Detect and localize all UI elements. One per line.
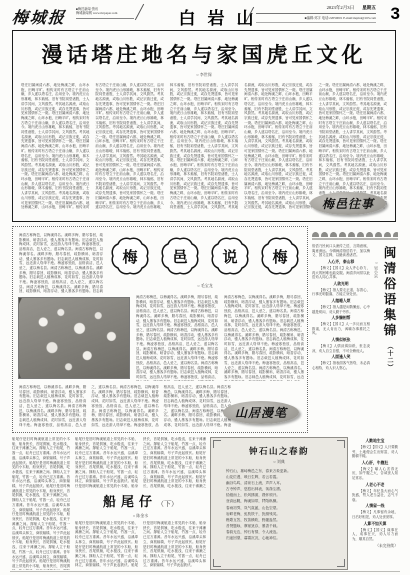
suyu-entry: 人情留一线 【梅义】凡事留有余地，日后好相见，劝人处世宽厚。 [352,504,398,519]
entry-definition: 【梅义】喻人心贪得无厌，如牛腹之大，告诫世人知足常乐。 [352,467,398,481]
contact-line: ■编辑/邓宇 电话:22050001 E-mail:mqmd@163.com [256,15,376,23]
suyu-section-upper: ○ 吴小宗 闽清俗语集锦（十二） 俗语乃民间口头流传之语，言简意赅，寓意深远。今… [312,232,398,433]
feature-box: 闽清古称梅邑，以梅溪得名。溪畔多梅，腊尽春回，疏影横斜，暗香浮动，骚人墨客多有题… [12,226,308,433]
suyu-byline: ○ 吴小宗 [373,260,379,396]
article-body: 塔庄旧属闽清六都，地处梅溪之畔，山环水抱，田畴平旷。相传宋时有古塔立于庄前山巅，… [21,83,387,211]
entry-heading: 人算不如天算 [352,522,398,527]
feature-byline: ○ 毛宝龙 [107,283,303,289]
poem-title: 钟石山之春韵 [220,445,338,457]
entry-heading: 人情留一线 [352,504,398,509]
entry-heading: 人老心不老 [352,483,398,488]
article-body-text: 塔庄旧属闽清六都，地处梅溪之畔，山环水抱，田畴平旷。相传宋时有古塔立于庄前山巅，… [21,83,387,209]
entry-definition: 【梅义】【国义】谋事在人，成事在天，劝人尽力而为，顺其自然。 [352,528,398,542]
plum-blossom-photo [18,297,130,379]
suyu-entry: 人心肝，牛腹肚 【梅义】喻人心贪得无厌，如牛腹之大，告诫世人知足常乐。 [352,461,398,481]
weekday: 星期五 [362,5,376,10]
poem-line: 归途回望，暮霭沉沉，心驰神往。 [220,535,338,541]
date-line: 2023年2月3日星期五 [256,5,376,14]
top-article-box: 漫话塔庄地名与家国虎丘文化 ○ 李世保 塔庄旧属闽清六都，地处梅溪之畔，山环水抱… [12,30,396,222]
page-number: 3 [391,4,400,24]
feature-column: 闽清古称梅邑，以梅溪得名。溪畔多梅，腊尽春回，疏影横斜，暗香浮动，骚人墨客多有题… [19,233,103,293]
boat-top-columns: 船尾仔是旧时梅溪航道上常见的小木船，船身狭长，首尾俱翘，吃水极浅，往来于滩濑之间… [75,437,206,489]
flower-frame-icon: 说 [208,234,252,278]
suyu-footer: （未完待续） [352,544,398,549]
boat-article: 船尾仔是旧时梅溪航道上常见的小木船，船身狭长，首尾俱翘，吃水极浅，往来于滩濑之间… [12,437,206,570]
logo-info: ■梅邑新闻·资讯 梅城新闻网 www.mcpaper.com [76,7,134,19]
feature-title-flowers: 梅 邑 说 梅 [107,232,303,280]
suyu-entry: 人算不如天算 【梅义】【国义】谋事在人，成事在天，劝人尽力而为，顺其自然。 [352,522,398,542]
suyu-vertical-title-block: ○ 吴小宗 闽清俗语集锦（十二） [373,246,398,396]
poem-box: 钟石山之春韵 ○ 刘典 钟石山，雄峙梅邑之东，春来万象更新。 山花烂漫，映日生辉… [210,437,348,570]
suyu-entry: 人老心不老 【梅义】年纪虽大而心气犹盛，赞人老当益壮，志气不衰。 [352,483,398,503]
newspaper-page: 梅城报 ■梅邑新闻·资讯 梅城新闻网 www.mcpaper.com 白岩山 2… [0,0,410,575]
suyu-entry: 人勤地生宝 【梅义】【国义】人只要勤劳，土地便会生出财富，劝人勤耕不辍。 [352,439,398,459]
poem-byline: ○ 刘典 [220,459,338,465]
date-block: 2023年2月3日星期五 ■编辑/邓宇 电话:22050001 E-mail:m… [256,5,376,23]
feature-column: 闽清古称梅邑，以梅溪得名。溪畔多梅，腊尽春回，疏影横斜，暗香浮动，骚人墨客多有题… [224,295,304,381]
corner-ornament [213,440,221,448]
suyu-entry-list: 人勤地生宝 【梅义】【国义】人只要勤劳，土地便会生出财富，劝人勤耕不辍。 人心肝… [352,439,398,541]
flower-frame-icon: 梅 [258,234,302,278]
feature-title-char: 说 [222,248,237,266]
boat-bottom-columns: 船尾仔是旧时梅溪航道上常见的小木船，船身狭长，首尾俱翘，吃水极浅，往来于滩濑之间… [75,521,206,570]
entry-heading: 人勤地生宝 [352,439,398,444]
boat-title: 船尾仔 [103,494,157,509]
entry-definition: 【梅义】【国义】人只要勤劳，土地便会生出财富，劝人勤耕不辍。 [352,445,398,459]
suyu-section-lower: 人勤地生宝 【梅义】【国义】人只要勤劳，土地便会生出财富，劝人勤耕不辍。 人心肝… [352,437,398,568]
corner-ornament [337,559,345,567]
boat-title-suffix: （下） [157,500,178,508]
feature-title-char: 邑 [172,248,187,266]
suyu-vertical-title: 闽清俗语集锦（十二） [380,246,398,396]
section-stamp-shanju-manbi: 山居漫笔 [223,401,299,424]
feature-title-char: 梅 [272,248,287,266]
corner-ornament [337,440,345,448]
page-bottom-rule [10,571,400,572]
newspaper-logo: 梅城报 [11,5,67,28]
boat-byline: ○ 陈金水 [75,513,206,519]
logo-info-line2: 梅城新闻网 www.mcpaper.com [76,11,134,15]
feature-column: 闽清古称梅邑，以梅溪得名。溪畔多梅，腊尽春回，疏影横斜，暗香浮动，骚人墨客多有题… [136,295,218,381]
article-headline: 漫话塔庄地名与家国虎丘文化 [13,39,395,69]
feature-title-char: 梅 [122,248,137,266]
entry-definition: 【梅义】年纪虽大而心气犹盛，赞人老当益壮，志气不衰。 [352,489,398,503]
feature-bottom-columns: 闽清古称梅邑，以梅溪得名。溪畔多梅，腊尽春回，疏影横斜，暗香浮动，骚人墨客多有题… [19,385,231,429]
flower-frame-icon: 邑 [158,234,202,278]
boat-column: 船尾仔是旧时梅溪航道上常见的小木船，船身狭长，首尾俱翘，吃水极浅，往来于滩濑之间… [12,437,70,570]
poem-lines: 钟石山，雄峙梅邑之东，春来万象更新。 山花烂漫，映日生辉，若云若霞。 幽谷鸟鸣，… [220,468,338,541]
flower-frame-icon: 梅 [108,234,152,278]
slash-decoration [135,4,144,20]
boat-right-area: 船尾仔是旧时梅溪航道上常见的小木船，船身狭长，首尾俱翘，吃水极浅，往来于滩濑之间… [75,437,206,570]
entry-heading: 人心肝，牛腹肚 [352,461,398,466]
divider-rule [312,238,398,240]
page-header: 梅城报 ■梅邑新闻·资讯 梅城新闻网 www.mcpaper.com 白岩山 2… [0,0,410,28]
boat-title-block: 船尾仔（下） ○ 陈金水 [75,489,206,521]
article-byline: ○ 李世保 [13,72,395,78]
scallop-divider [312,232,398,237]
corner-ornament [213,559,221,567]
suyu-subtitle: （十二） [386,343,392,371]
entry-definition: 【梅义】凡事留有余地，日后好相见，劝人处世宽厚。 [352,510,398,519]
section-stamp-meiyi-wangshi: 梅邑往事 [310,192,386,215]
